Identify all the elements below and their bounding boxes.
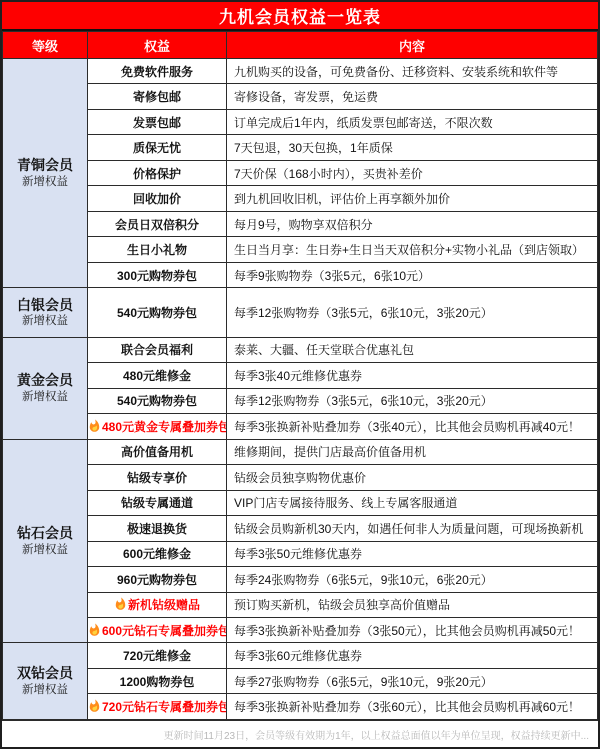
benefit-label: 720元维修金 — [123, 649, 191, 663]
content-cell: 维修期间，提供门店最高价值备用机 — [227, 439, 598, 464]
table-row: 600元钻石专属叠加券包每季3张换新补贴叠加券（3张50元），比其他会员购机再减… — [3, 618, 598, 643]
table-row: 钻级专属通道VIP门店专属接待服务、线上专属客服通道 — [3, 490, 598, 515]
table-row: 寄修包邮寄修设备，寄发票，免运费 — [3, 84, 598, 109]
content-cell: 每季24张购物券（6张5元，9张10元，6张20元） — [227, 567, 598, 592]
benefit-cell: 极速退换货 — [88, 516, 227, 541]
benefit-cell: 540元购物券包 — [88, 288, 227, 337]
benefit-label: 钻级专属通道 — [121, 496, 193, 510]
content-cell: 每季3张换新补贴叠加券（3张40元），比其他会员购机再减40元！ — [227, 414, 598, 439]
benefit-cell: 质保无忧 — [88, 135, 227, 160]
table-row: 540元购物券包每季12张购物券（3张5元，6张10元，3张20元） — [3, 388, 598, 413]
content-cell: 7天价保（168小时内），买贵补差价 — [227, 160, 598, 185]
content-cell: 泰莱、大疆、任天堂联合优惠礼包 — [227, 337, 598, 362]
benefit-cell: 720元维修金 — [88, 643, 227, 668]
benefit-label: 联合会员福利 — [121, 343, 193, 357]
benefits-table: 等级 权益 内容 青铜会员新增权益免费软件服务九机购买的设备，可免费备份、迁移资… — [2, 31, 598, 720]
benefit-cell: 600元钻石专属叠加券包 — [88, 618, 227, 643]
level-name: 青铜会员 — [3, 156, 87, 175]
benefit-label: 生日小礼物 — [127, 243, 187, 257]
table-row: 新机钻级赠品预订购买新机，钻级会员独享高价值赠品 — [3, 592, 598, 617]
table-row: 生日小礼物生日当月享：生日券+生日当天双倍积分+实物小礼品（到店领取） — [3, 237, 598, 262]
table-row: 青铜会员新增权益免费软件服务九机购买的设备，可免费备份、迁移资料、安装系统和软件… — [3, 59, 598, 84]
level-name: 双钻会员 — [3, 664, 87, 683]
benefits-table-sheet: 九机会员权益一览表 等级 权益 内容 青铜会员新增权益免费软件服务九机购买的设备… — [0, 0, 600, 749]
content-cell: 钻级会员购新机30天内，如遇任何非人为质量问题，可现场换新机 — [227, 516, 598, 541]
table-row: 会员日双倍积分每月9号，购物享双倍积分 — [3, 211, 598, 236]
benefit-cell: 480元维修金 — [88, 363, 227, 388]
table-row: 720元钻石专属叠加券包每季3张换新补贴叠加券（3张60元），比其他会员购机再减… — [3, 694, 598, 720]
benefit-cell: 高价值备用机 — [88, 439, 227, 464]
benefit-cell: 免费软件服务 — [88, 59, 227, 84]
table-row: 960元购物券包每季24张购物券（6张5元，9张10元，6张20元） — [3, 567, 598, 592]
header-row: 等级 权益 内容 — [3, 32, 598, 59]
content-cell: 7天包退，30天包换，1年质保 — [227, 135, 598, 160]
content-cell: 九机购买的设备，可免费备份、迁移资料、安装系统和软件等 — [227, 59, 598, 84]
level-name: 黄金会员 — [3, 371, 87, 390]
table-row: 白银会员新增权益540元购物券包每季12张购物券（3张5元，6张10元，3张20… — [3, 288, 598, 337]
level-sublabel: 新增权益 — [3, 390, 87, 405]
benefit-cell: 钻级专享价 — [88, 465, 227, 490]
table-row: 发票包邮订单完成后1年内，纸质发票包邮寄送，不限次数 — [3, 109, 598, 134]
footer-note: 更新时间11月23日，会员等级有效期为1年，以上权益总面值以年为单位呈现，权益持… — [2, 720, 598, 747]
benefit-label: 600元维修金 — [123, 547, 191, 561]
level-sublabel: 新增权益 — [3, 314, 87, 329]
benefit-cell: 联合会员福利 — [88, 337, 227, 362]
content-cell: 到九机回收旧机，评估价上再享额外加价 — [227, 186, 598, 211]
level-cell: 青铜会员新增权益 — [3, 59, 88, 288]
benefit-label: 480元维修金 — [123, 369, 191, 383]
level-cell: 钻石会员新增权益 — [3, 439, 88, 643]
content-cell: 每季3张换新补贴叠加券（3张50元），比其他会员购机再减50元！ — [227, 618, 598, 643]
level-cell: 双钻会员新增权益 — [3, 643, 88, 720]
content-cell: 每季3张40元维修优惠券 — [227, 363, 598, 388]
content-cell: 每月9号，购物享双倍积分 — [227, 211, 598, 236]
column-header-content: 内容 — [227, 32, 598, 59]
table-row: 480元维修金每季3张40元维修优惠券 — [3, 363, 598, 388]
table-row: 480元黄金专属叠加券包每季3张换新补贴叠加券（3张40元），比其他会员购机再减… — [3, 414, 598, 439]
fire-icon — [114, 597, 127, 611]
content-cell: 预订购买新机，钻级会员独享高价值赠品 — [227, 592, 598, 617]
content-cell: 每季27张购物券（6张5元，9张10元，9张20元） — [227, 668, 598, 693]
table-body: 青铜会员新增权益免费软件服务九机购买的设备，可免费备份、迁移资料、安装系统和软件… — [3, 59, 598, 720]
table-row: 钻级专享价钻级会员独享购物优惠价 — [3, 465, 598, 490]
table-row: 质保无忧7天包退，30天包换，1年质保 — [3, 135, 598, 160]
benefit-label: 回收加价 — [133, 192, 181, 206]
benefit-label: 寄修包邮 — [133, 90, 181, 104]
table-row: 1200购物券包每季27张购物券（6张5元，9张10元，9张20元） — [3, 668, 598, 693]
content-cell: VIP门店专属接待服务、线上专属客服通道 — [227, 490, 598, 515]
benefit-cell: 300元购物券包 — [88, 262, 227, 287]
benefit-label: 600元钻石专属叠加券包 — [102, 624, 227, 638]
benefit-label: 540元购物券包 — [117, 394, 197, 408]
benefit-label: 540元购物券包 — [117, 306, 197, 320]
content-cell: 每季3张换新补贴叠加券（3张60元），比其他会员购机再减60元！ — [227, 694, 598, 720]
content-cell: 每季9张购物券（3张5元，6张10元） — [227, 262, 598, 287]
benefit-cell: 720元钻石专属叠加券包 — [88, 694, 227, 720]
table-row: 回收加价到九机回收旧机，评估价上再享额外加价 — [3, 186, 598, 211]
benefit-cell: 生日小礼物 — [88, 237, 227, 262]
benefit-label: 高价值备用机 — [121, 445, 193, 459]
fire-icon — [88, 419, 101, 433]
benefit-label: 1200购物券包 — [120, 675, 195, 689]
content-cell: 每季3张50元维修优惠券 — [227, 541, 598, 566]
content-cell: 每季3张60元维修优惠券 — [227, 643, 598, 668]
benefit-label: 发票包邮 — [133, 116, 181, 130]
benefit-cell: 回收加价 — [88, 186, 227, 211]
content-cell: 寄修设备，寄发票，免运费 — [227, 84, 598, 109]
content-cell: 钻级会员独享购物优惠价 — [227, 465, 598, 490]
benefit-cell: 会员日双倍积分 — [88, 211, 227, 236]
table-row: 价格保护7天价保（168小时内），买贵补差价 — [3, 160, 598, 185]
level-sublabel: 新增权益 — [3, 683, 87, 698]
table-row: 黄金会员新增权益联合会员福利泰莱、大疆、任天堂联合优惠礼包 — [3, 337, 598, 362]
benefit-label: 价格保护 — [133, 167, 181, 181]
content-cell: 每季12张购物券（3张5元，6张10元，3张20元） — [227, 288, 598, 337]
benefit-label: 免费软件服务 — [121, 65, 193, 79]
level-sublabel: 新增权益 — [3, 175, 87, 190]
column-header-benefit: 权益 — [88, 32, 227, 59]
benefit-cell: 1200购物券包 — [88, 668, 227, 693]
fire-icon — [88, 699, 101, 713]
benefit-cell: 540元购物券包 — [88, 388, 227, 413]
benefit-label: 极速退换货 — [127, 522, 187, 536]
content-cell: 订单完成后1年内，纸质发票包邮寄送，不限次数 — [227, 109, 598, 134]
level-sublabel: 新增权益 — [3, 543, 87, 558]
benefit-cell: 钻级专属通道 — [88, 490, 227, 515]
level-cell: 白银会员新增权益 — [3, 288, 88, 337]
level-name: 钻石会员 — [3, 524, 87, 543]
page-title: 九机会员权益一览表 — [2, 2, 598, 31]
content-cell: 生日当月享：生日券+生日当天双倍积分+实物小礼品（到店领取） — [227, 237, 598, 262]
fire-icon — [88, 623, 101, 637]
benefit-cell: 600元维修金 — [88, 541, 227, 566]
table-row: 钻石会员新增权益高价值备用机维修期间，提供门店最高价值备用机 — [3, 439, 598, 464]
benefit-label: 新机钻级赠品 — [128, 598, 200, 612]
benefit-cell: 寄修包邮 — [88, 84, 227, 109]
table-row: 极速退换货钻级会员购新机30天内，如遇任何非人为质量问题，可现场换新机 — [3, 516, 598, 541]
table-row: 600元维修金每季3张50元维修优惠券 — [3, 541, 598, 566]
benefit-label: 会员日双倍积分 — [115, 218, 199, 232]
benefit-label: 960元购物券包 — [117, 573, 197, 587]
level-cell: 黄金会员新增权益 — [3, 337, 88, 439]
benefit-cell: 480元黄金专属叠加券包 — [88, 414, 227, 439]
benefit-cell: 960元购物券包 — [88, 567, 227, 592]
benefit-label: 720元钻石专属叠加券包 — [102, 700, 227, 714]
benefit-label: 质保无忧 — [133, 141, 181, 155]
benefit-label: 480元黄金专属叠加券包 — [102, 420, 227, 434]
table-row: 双钻会员新增权益720元维修金每季3张60元维修优惠券 — [3, 643, 598, 668]
content-cell: 每季12张购物券（3张5元，6张10元，3张20元） — [227, 388, 598, 413]
table-row: 300元购物券包每季9张购物券（3张5元，6张10元） — [3, 262, 598, 287]
benefit-cell: 价格保护 — [88, 160, 227, 185]
benefit-label: 300元购物券包 — [117, 269, 197, 283]
level-name: 白银会员 — [3, 296, 87, 315]
benefit-cell: 新机钻级赠品 — [88, 592, 227, 617]
column-header-level: 等级 — [3, 32, 88, 59]
benefit-cell: 发票包邮 — [88, 109, 227, 134]
benefit-label: 钻级专享价 — [127, 471, 187, 485]
